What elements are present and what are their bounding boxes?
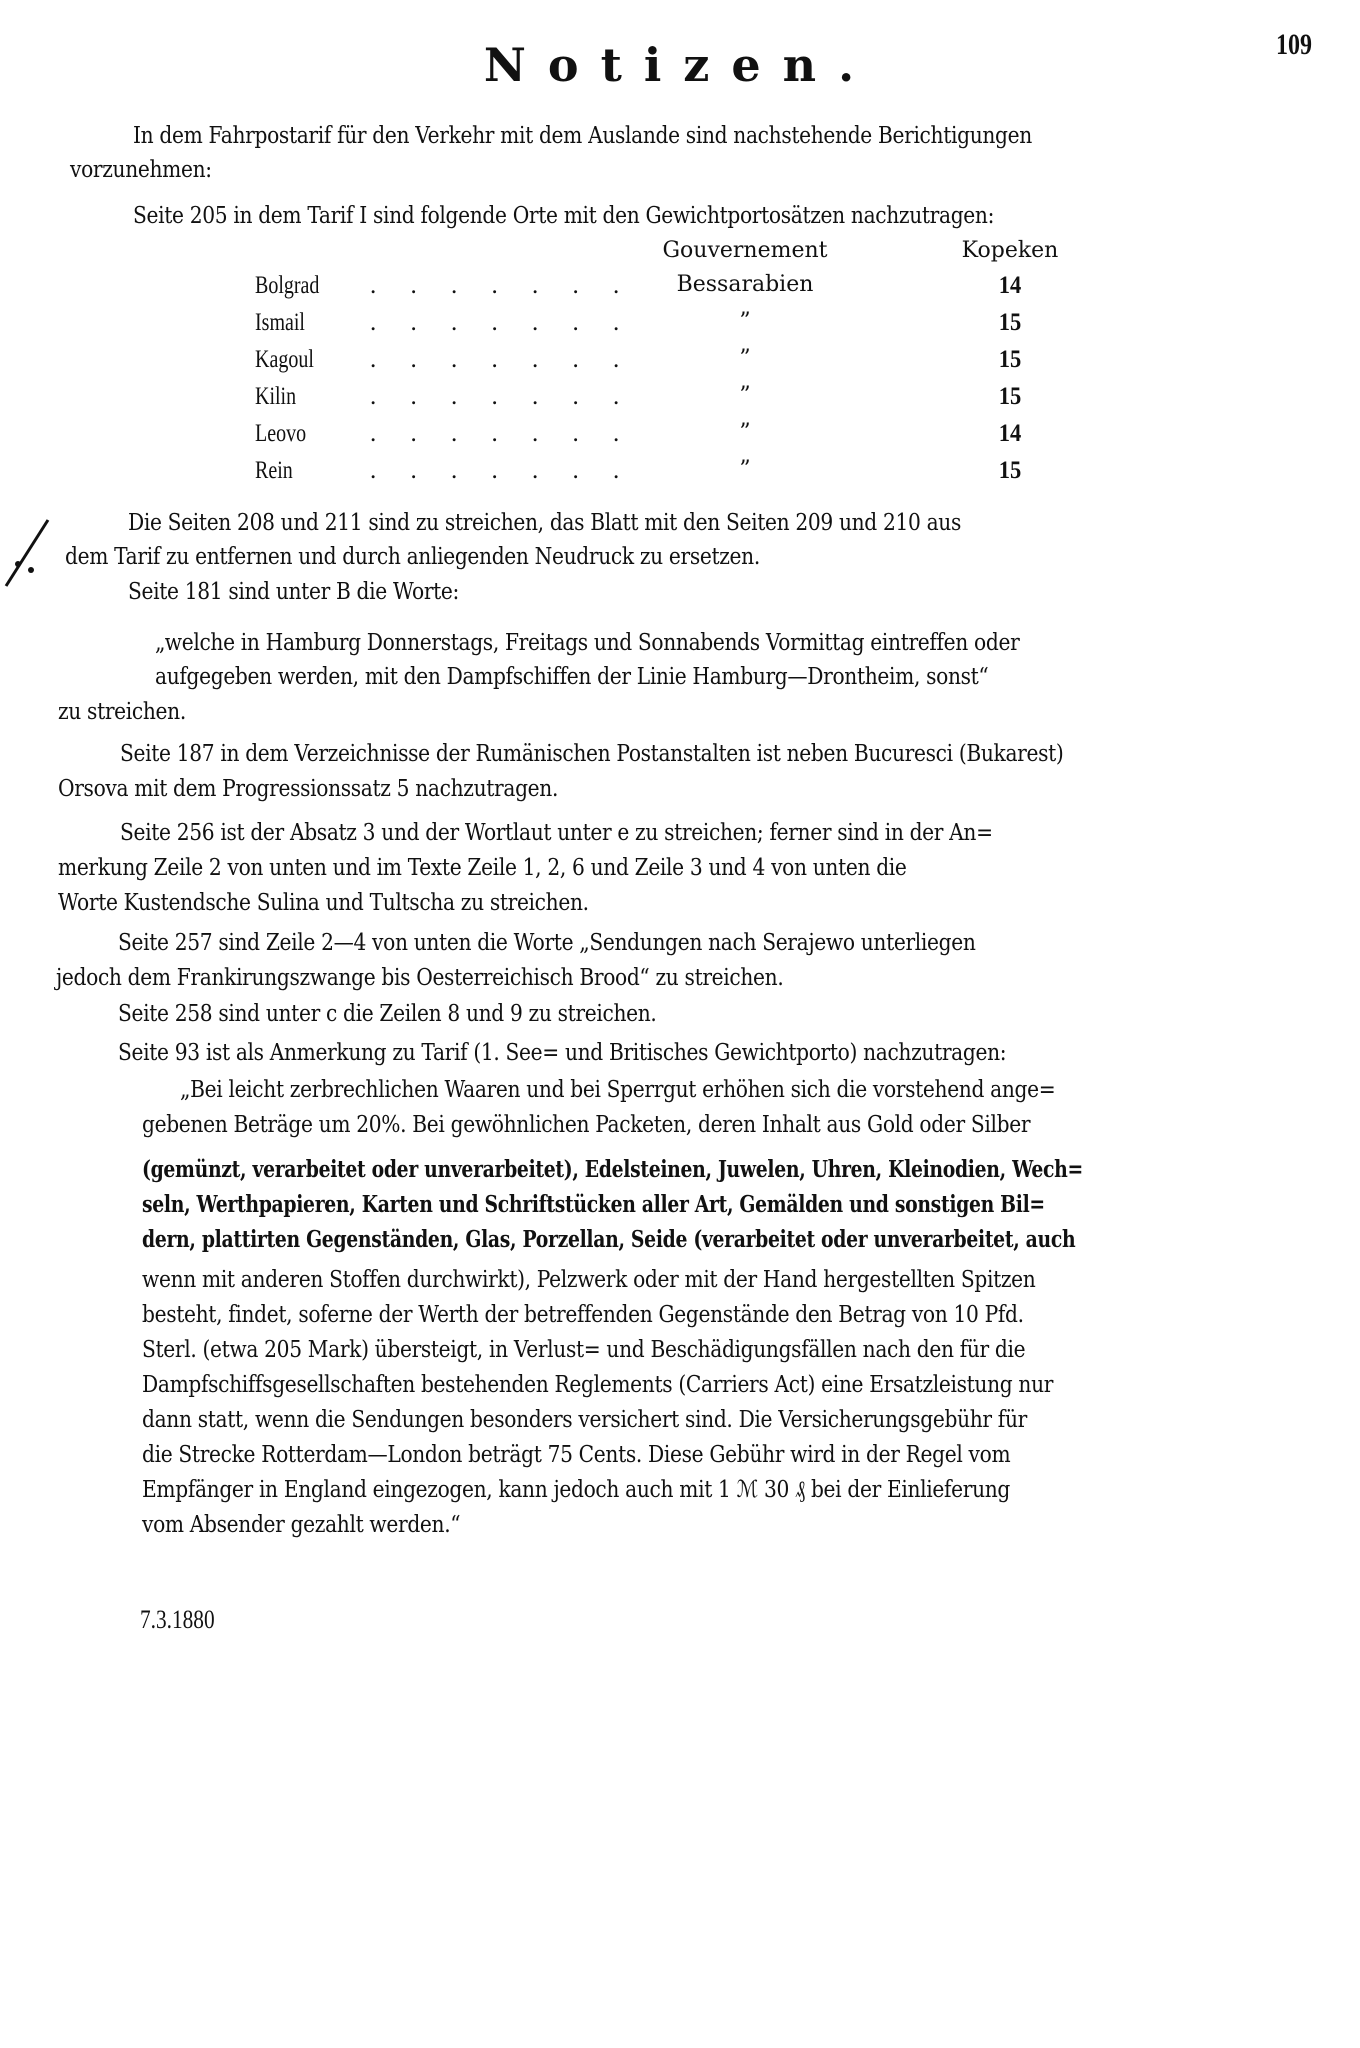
margin-annotation-icon [0, 512, 60, 592]
leader-dots: . . . . . . . [370, 457, 633, 485]
table-row: Kagoul . . . . . . . ” 15 [255, 346, 1075, 383]
seite-93-quote-line: besteht, findet, soferne der Werth der b… [142, 1297, 1024, 1331]
place-name: Bolgrad [255, 272, 319, 300]
seiten-208-line-1: Die Seiten 208 und 211 sind zu streichen… [128, 505, 961, 539]
seite-93-quote-line: vom Absender gezahlt werden.“ [142, 1507, 460, 1541]
places-table: Gouvernement Kopeken Bolgrad . . . . . .… [255, 238, 1075, 494]
seite-93-quote-line: (gemünzt, verarbeitet oder unverarbeitet… [142, 1152, 1083, 1186]
seite-93-quote-line: Empfänger in England eingezogen, kann je… [142, 1472, 1010, 1506]
gouvernement-value: ” [645, 309, 845, 334]
seite-93-quote-line: dann statt, wenn die Sendungen besonders… [142, 1402, 1027, 1436]
place-name: Leovo [255, 420, 306, 448]
header-kopeken: Kopeken [940, 238, 1080, 263]
seite-256-line-3: Worte Kustendsche Sulina und Tultscha zu… [58, 885, 589, 919]
seite-93-line-1: Seite 93 ist als Anmerkung zu Tarif (1. … [118, 1035, 1006, 1069]
seite-257-line-1: Seite 257 sind Zeile 2—4 von unten die W… [118, 925, 976, 959]
seite-93-quote-line: „Bei leicht zerbrechlichen Waaren und be… [180, 1072, 1055, 1106]
seite-93-quote-line: Dampfschiffsgesellschaften bestehenden R… [142, 1367, 1053, 1401]
seite-181-quote-1: „welche in Hamburg Donnerstags, Freitags… [155, 625, 1019, 659]
seite-93-quote-line: gebenen Beträge um 20%. Bei gewöhnlichen… [142, 1107, 1030, 1141]
place-name: Rein [255, 457, 293, 485]
seite-256-line-1: Seite 256 ist der Absatz 3 und der Wortl… [120, 815, 993, 849]
document-date: 7.3.1880 [140, 1605, 215, 1635]
kopeken-value: 15 [983, 309, 1037, 337]
gouvernement-value: ” [645, 420, 845, 445]
table-header: Gouvernement Kopeken [255, 238, 1075, 272]
seite-181-quote-2: aufgegeben werden, mit den Dampfschiffen… [155, 659, 988, 693]
gouvernement-value: Bessarabien [645, 272, 845, 297]
seite-181-end: zu streichen. [58, 694, 186, 728]
intro-line-1: In dem Fahrpostarif für den Verkehr mit … [133, 118, 1032, 152]
gouvernement-value: ” [645, 383, 845, 408]
kopeken-value: 14 [983, 272, 1037, 300]
seite-205-paragraph: Seite 205 in dem Tarif I sind folgende O… [133, 198, 994, 232]
seite-93-quote-line: seln, Werthpapieren, Karten und Schrifts… [142, 1187, 1045, 1221]
header-gouvernement: Gouvernement [600, 238, 890, 263]
seite-257-line-2: jedoch dem Frankirungszwange bis Oesterr… [56, 960, 783, 994]
place-name: Kilin [255, 383, 296, 411]
leader-dots: . . . . . . . [370, 383, 633, 411]
table-row: Kilin . . . . . . . ” 15 [255, 383, 1075, 420]
kopeken-value: 15 [983, 457, 1037, 485]
seite-93-quote-line: wenn mit anderen Stoffen durchwirkt), Pe… [142, 1262, 1035, 1296]
seite-256-line-2: merkung Zeile 2 von unten und im Texte Z… [58, 850, 907, 884]
seite-258-paragraph: Seite 258 sind unter c die Zeilen 8 und … [118, 996, 656, 1030]
table-row: Bolgrad . . . . . . . Bessarabien 14 [255, 272, 1075, 309]
seite-187-line-2: Orsova mit dem Progressionssatz 5 nachzu… [58, 771, 558, 805]
leader-dots: . . . . . . . [370, 272, 633, 300]
seite-181-line-1: Seite 181 sind unter B die Worte: [128, 574, 459, 608]
page-title: Notizen. [0, 38, 1360, 92]
leader-dots: . . . . . . . [370, 346, 633, 374]
seite-187-line-1: Seite 187 in dem Verzeichnisse der Rumän… [120, 736, 1063, 770]
kopeken-value: 15 [983, 346, 1037, 374]
intro-line-2: vorzunehmen: [70, 152, 212, 186]
gouvernement-value: ” [645, 346, 845, 371]
place-name: Kagoul [255, 346, 314, 374]
table-row: Ismail . . . . . . . ” 15 [255, 309, 1075, 346]
leader-dots: . . . . . . . [370, 420, 633, 448]
table-row: Rein . . . . . . . ” 15 [255, 457, 1075, 494]
kopeken-value: 14 [983, 420, 1037, 448]
seite-93-quote-line: die Strecke Rotterdam—London beträgt 75 … [142, 1437, 1010, 1471]
kopeken-value: 15 [983, 383, 1037, 411]
table-row: Leovo . . . . . . . ” 14 [255, 420, 1075, 457]
gouvernement-value: ” [645, 457, 845, 482]
seiten-208-line-2: dem Tarif zu entfernen und durch anliege… [65, 539, 760, 573]
seite-93-quote-line: dern, plattirten Gegenständen, Glas, Por… [142, 1222, 1075, 1256]
place-name: Ismail [255, 309, 305, 337]
document-page: 109 Notizen. In dem Fahrpostarif für den… [0, 0, 1360, 2048]
leader-dots: . . . . . . . [370, 309, 633, 337]
seite-93-quote-line: Sterl. (etwa 205 Mark) übersteigt, in Ve… [142, 1332, 1025, 1366]
